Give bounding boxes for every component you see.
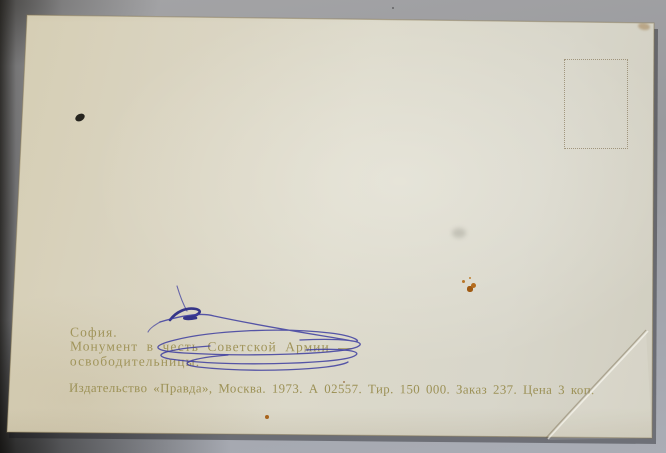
imprint-line: Издательство «Правда», Москва. 1973. А 0…	[69, 381, 595, 398]
dust-speck	[392, 7, 394, 9]
rust-stain	[265, 415, 269, 419]
rust-stain	[471, 283, 476, 288]
photo-backdrop: София. Монумент в честь Советской Армии …	[0, 0, 666, 453]
caption-line-liberator: освободительницы.	[70, 354, 353, 369]
rust-stain	[469, 277, 471, 279]
rust-stain	[462, 280, 465, 283]
postcard-back: София. Монумент в честь Советской Армии …	[0, 0, 666, 453]
stamp-box	[564, 59, 628, 149]
caption-block: София. Монумент в честь Советской Армии …	[70, 326, 353, 370]
gray-smudge	[452, 228, 466, 238]
rust-stain	[343, 381, 345, 383]
